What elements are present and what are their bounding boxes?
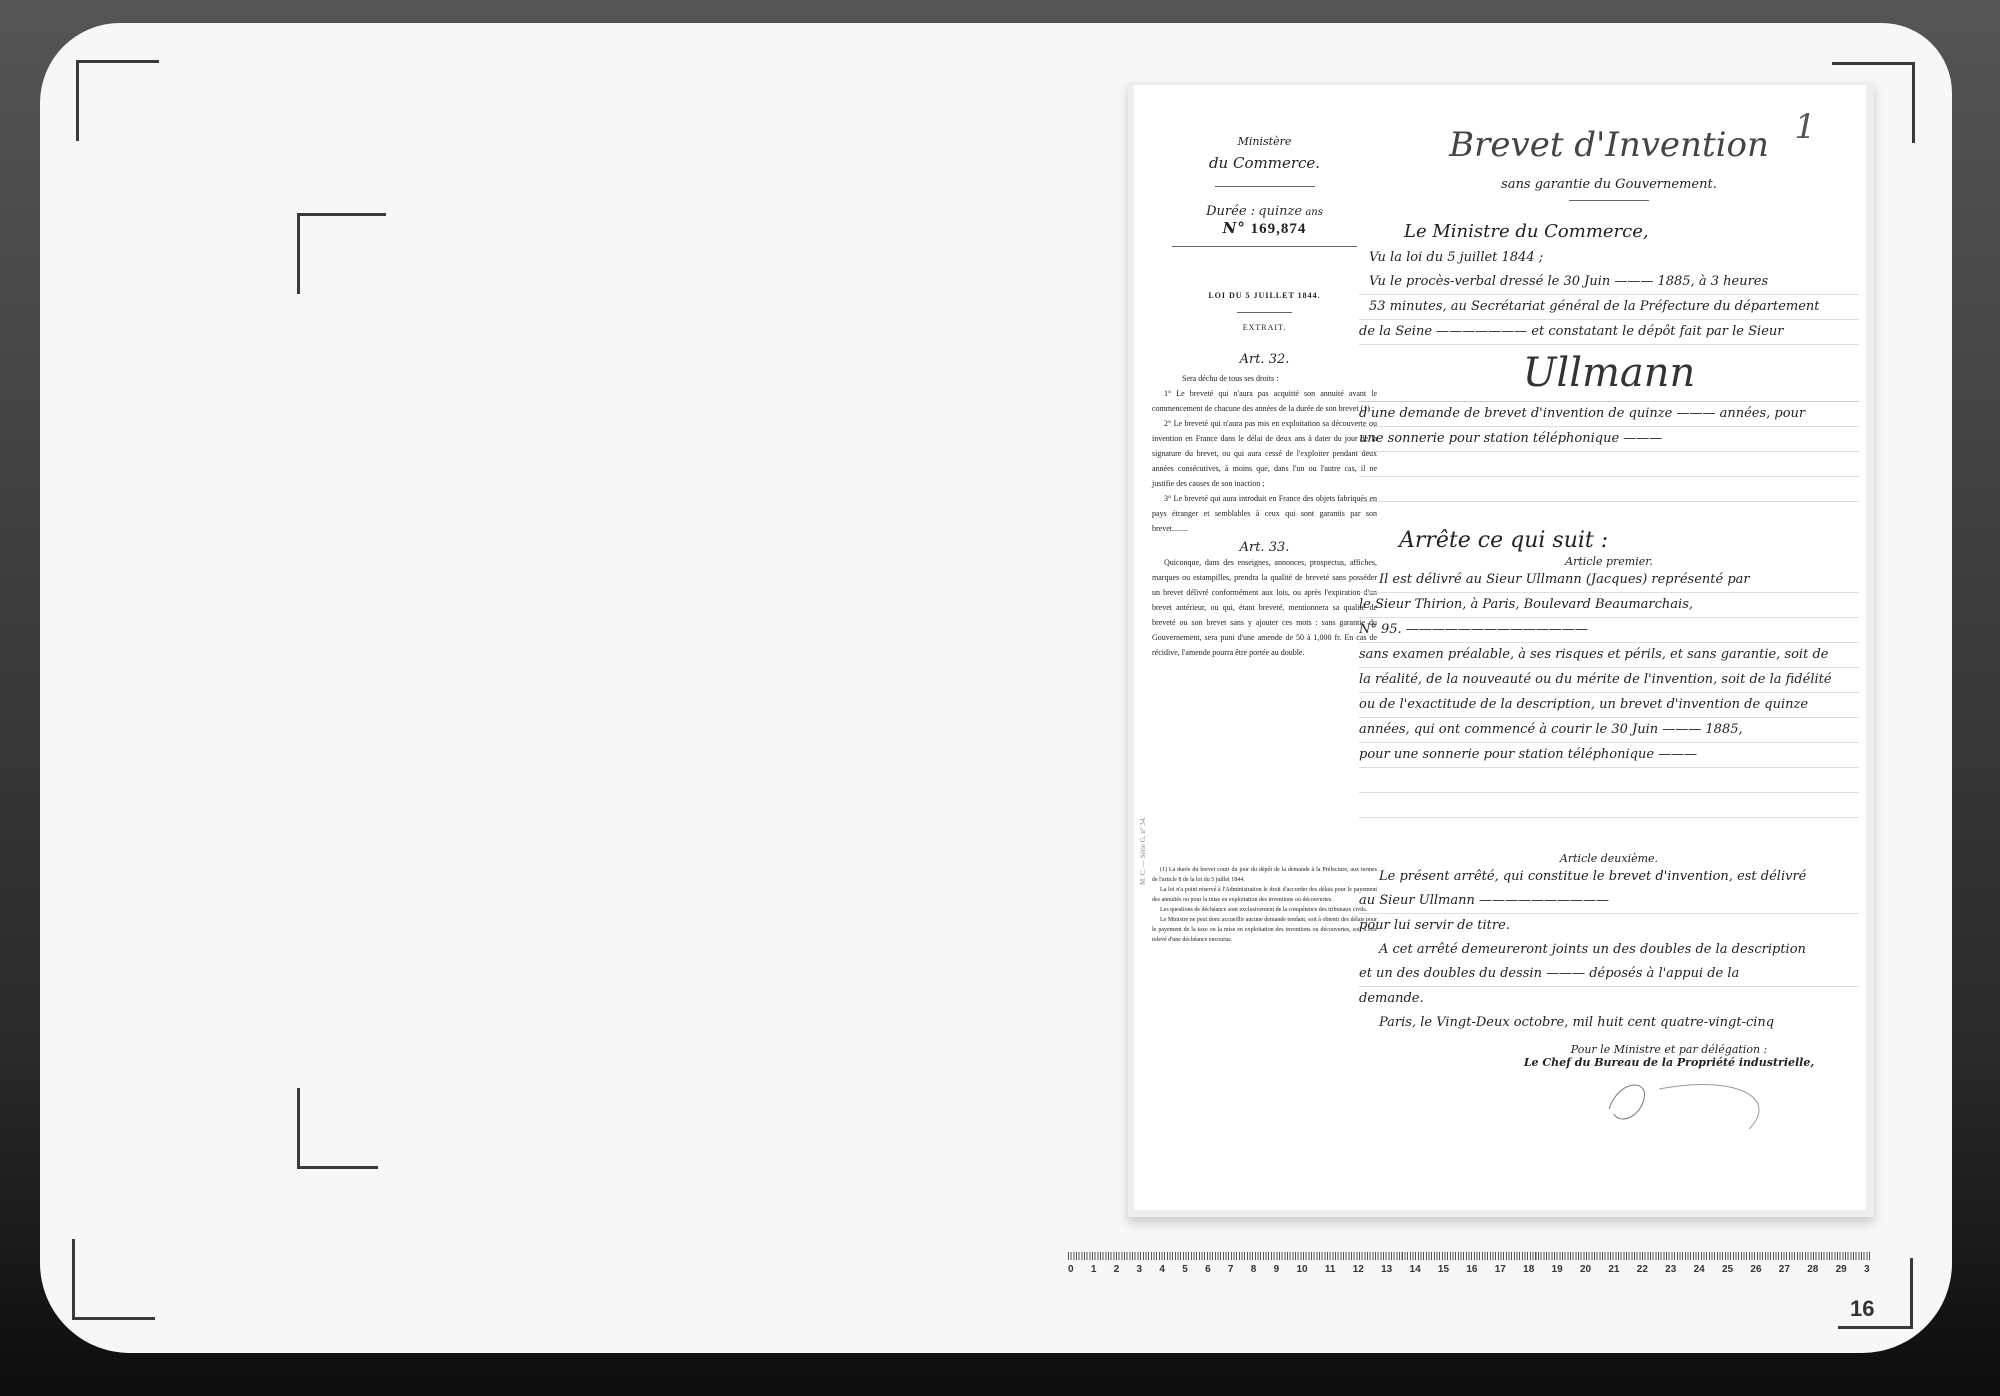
patent-document: 1 Ministère du Commerce. Durée : quinze … (1134, 85, 1866, 1210)
document-title: Brevet d'Invention (1359, 125, 1859, 165)
main-column: Brevet d'Invention sans garantie du Gouv… (1359, 125, 1859, 1134)
divider (1215, 186, 1315, 187)
vu-pv-line3: de la Seine ——————— et constatant le dép… (1359, 320, 1859, 345)
patent-number: N° 169,874 (1152, 219, 1377, 238)
divider (1569, 200, 1649, 201)
extract-label: EXTRAIT. (1152, 323, 1377, 332)
ministry-line1: Ministère (1152, 135, 1377, 148)
article2-body: Le présent arrêté, qui constitue le brev… (1359, 865, 1859, 1035)
minister-heading: Le Ministre du Commerce, (1404, 221, 1859, 242)
invention-line: une sonnerie pour station téléphonique —… (1359, 427, 1859, 452)
crop-mark-inner-bottom-left (297, 1088, 378, 1169)
art33-title: Art. 33. (1152, 540, 1377, 555)
vu-pv-line2: 53 minutes, au Secrétariat général de la… (1359, 295, 1859, 320)
delegation-line: Pour le Ministre et par délégation : (1359, 1043, 1859, 1056)
side-print: M. C. — Série G, n° 34. (1139, 817, 1147, 885)
art32-text: Sera déchu de tous ses droits : 1° Le br… (1152, 371, 1377, 536)
ministry-line2: du Commerce. (1152, 154, 1377, 172)
folio-number: 16 (1850, 1296, 1874, 1322)
crop-mark-outer-bottom-left (72, 1239, 155, 1320)
divider (1237, 312, 1292, 313)
applicant-name: Ullmann (1359, 345, 1859, 402)
article1-title: Article premier. (1359, 555, 1859, 568)
signature-icon (1589, 1069, 1789, 1129)
vu-law: Vu la loi du 5 juillet 1844 ; (1359, 246, 1859, 270)
law-title: LOI DU 5 JUILLET 1844. (1152, 291, 1377, 300)
request-line: d'une demande de brevet d'invention de q… (1359, 402, 1859, 427)
article2-title: Article deuxième. (1359, 852, 1859, 865)
art33-text: Quiconque, dans des enseignes, annonces,… (1152, 555, 1377, 660)
blank-line (1359, 477, 1859, 502)
duration: Durée : quinze ans (1152, 203, 1377, 219)
vu-pv-line1: Vu le procès-verbal dressé le 30 Juin ——… (1359, 270, 1859, 295)
signatory-line: Le Chef du Bureau de la Propriété indust… (1359, 1056, 1859, 1069)
blank-line (1359, 452, 1859, 477)
crop-mark-outer-top-left (76, 60, 159, 141)
art32-title: Art. 32. (1152, 352, 1377, 367)
crop-mark-inner-top-left (297, 213, 386, 294)
divider (1172, 246, 1357, 247)
article1-body: Il est délivré au Sieur Ullmann (Jacques… (1359, 568, 1859, 818)
margin-column: Ministère du Commerce. Durée : quinze an… (1152, 125, 1377, 945)
document-subtitle: sans garantie du Gouvernement. (1359, 177, 1859, 192)
ruler-labels: 0123456789101112131415161718192021222324… (1068, 1264, 1870, 1275)
ruler-ticks (1068, 1252, 1870, 1260)
decree-heading: Arrête ce qui suit : (1399, 528, 1859, 553)
scale-ruler: 0123456789101112131415161718192021222324… (1068, 1252, 1870, 1292)
footnotes: (1) La durée du brevet court du jour du … (1152, 865, 1377, 945)
